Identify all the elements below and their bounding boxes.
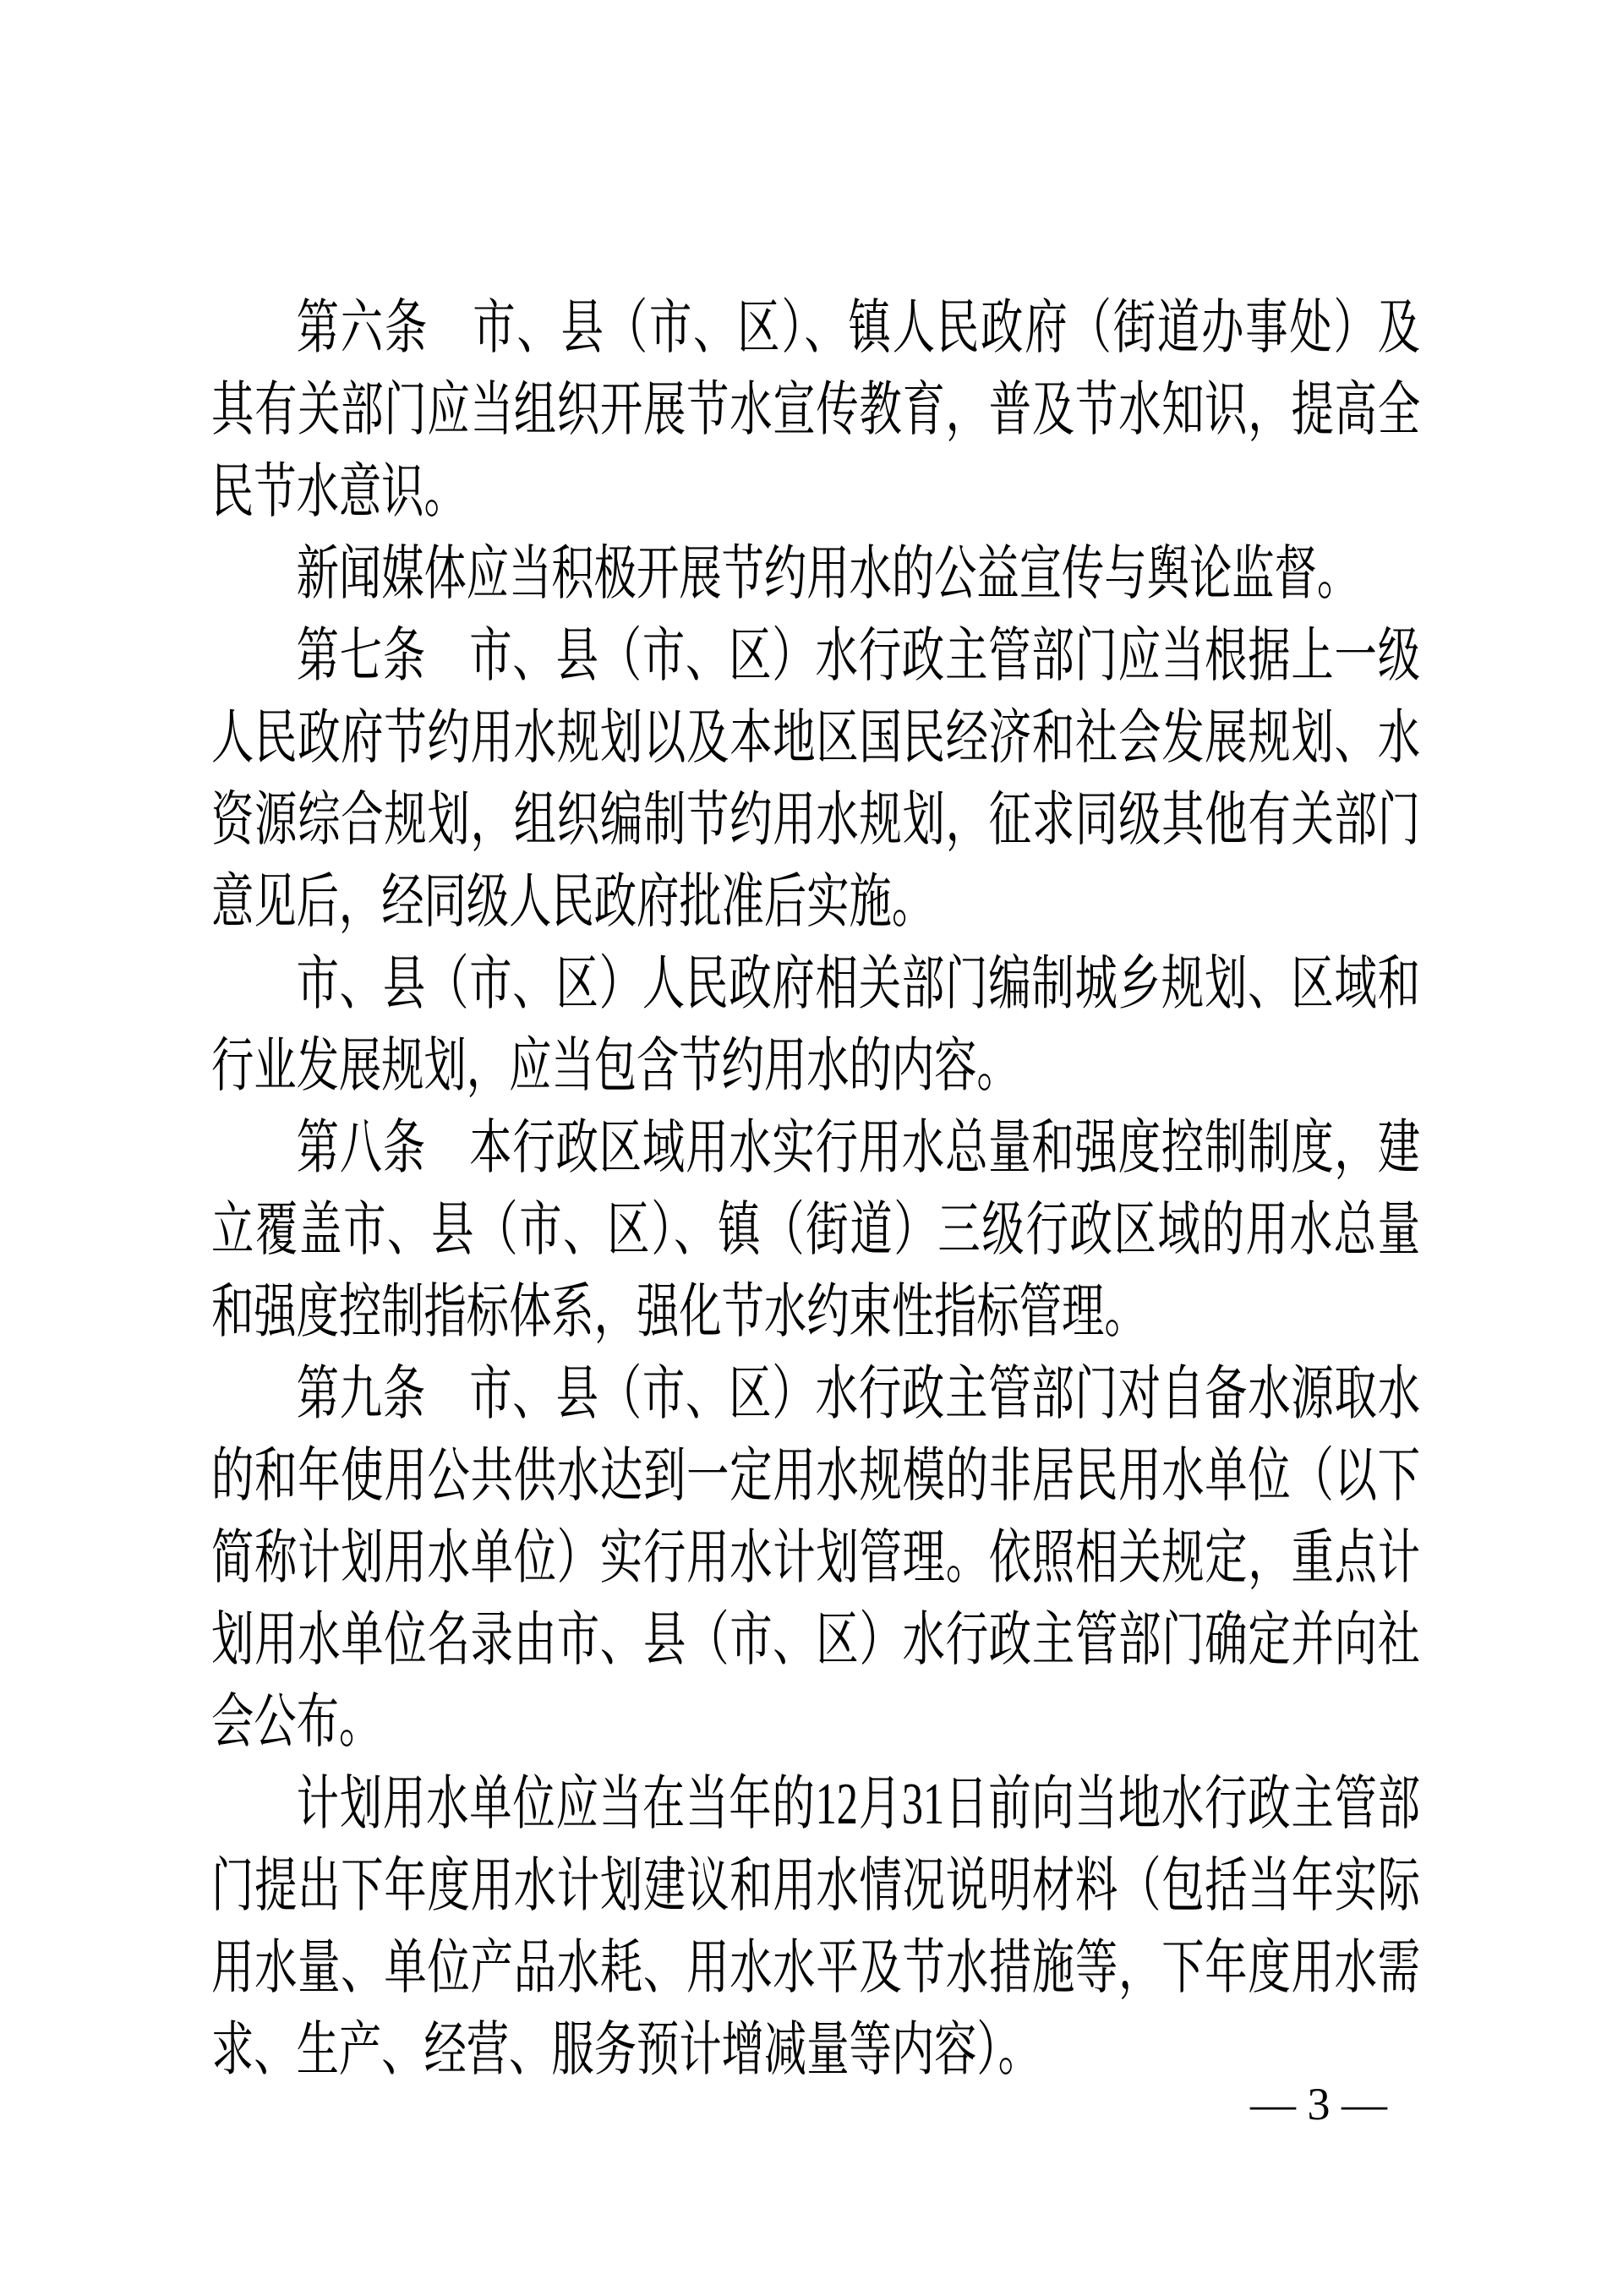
article-8-paragraph: 第八条 本行政区域用水实行用水总量和强度控制制度，建立覆盖市、县（市、区）、镇（… bbox=[211, 1107, 1420, 1353]
article-9-paragraph: 第九条 市、县（市、区）水行政主管部门对自备水源取水的和年使用公共供水达到一定用… bbox=[211, 1353, 1420, 1763]
document-body: 第六条 市、县（市、区）、镇人民政府（街道办事处）及其有关部门应当组织开展节水宣… bbox=[211, 287, 1420, 2091]
annual-plan-paragraph: 计划用水单位应当在当年的12月31日前向当地水行政主管部门提出下年度用水计划建议… bbox=[211, 1763, 1420, 2091]
page: { "page": { "background": "#ffffff", "te… bbox=[0, 0, 1623, 2296]
media-publicity-paragraph: 新闻媒体应当积极开展节约用水的公益宣传与舆论监督。 bbox=[211, 533, 1420, 615]
related-planning-paragraph: 市、县（市、区）人民政府相关部门编制城乡规划、区域和行业发展规划，应当包含节约用… bbox=[211, 943, 1420, 1107]
article-6-paragraph: 第六条 市、县（市、区）、镇人民政府（街道办事处）及其有关部门应当组织开展节水宣… bbox=[211, 287, 1420, 533]
article-7-paragraph: 第七条 市、县（市、区）水行政主管部门应当根据上一级人民政府节约用水规划以及本地… bbox=[211, 615, 1420, 943]
page-number: — 3 — bbox=[1209, 2078, 1429, 2130]
